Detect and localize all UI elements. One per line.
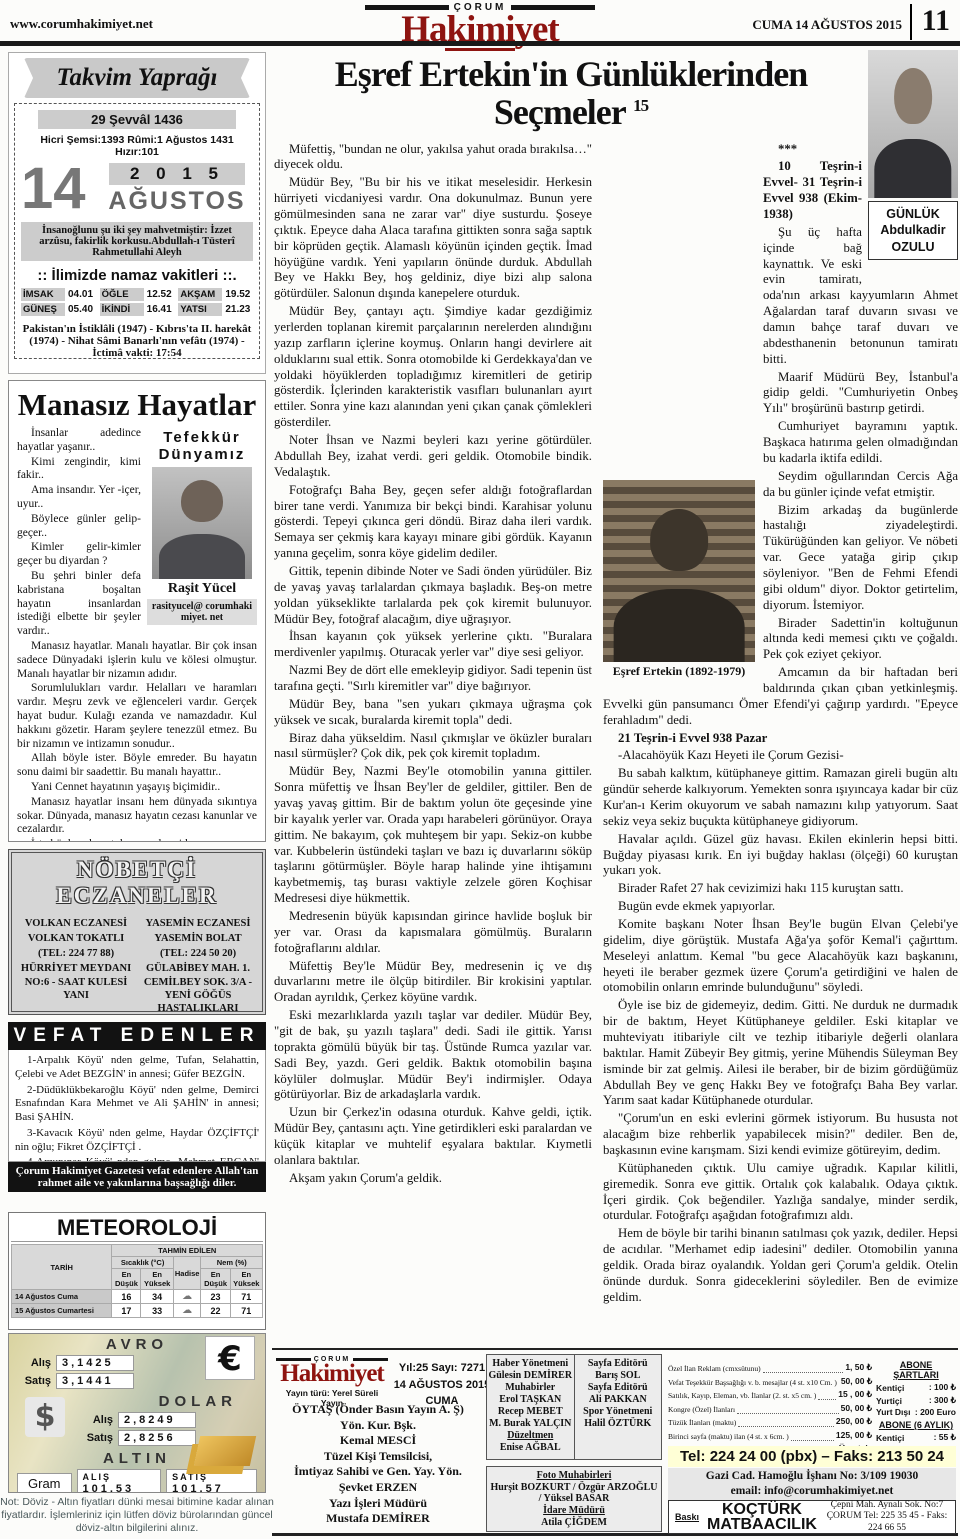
euro-sell-value: 3,1441 — [56, 1373, 134, 1389]
prayer-time: ÖĞLE12.52 — [100, 288, 175, 301]
printer-box: Baskı KOÇTÜRK MATBAACILIK Çepni Mah. Ayn… — [668, 1500, 956, 1534]
anniversary-note: Pakistan'ın İstiklâli (1947) - Kıbrıs'ta… — [21, 323, 253, 359]
euro-section: AVRO € Alış 3,1425 Satış 3,1441 — [9, 1334, 265, 1391]
publisher-line: ÖYTAŞ (Önder Basın Yayın A. Ş) — [272, 1402, 484, 1418]
subscription-row: Yurt Dışı: 200 Euro — [876, 1407, 956, 1417]
subscription-rates: Kentiçi: 100 ₺Yurtiçi: 300 ₺Yurt Dışı: 2… — [876, 1382, 956, 1417]
prayer-times-title: :: İlimizde namaz vakitleri ::. — [21, 267, 253, 284]
pharmacy-name: YASEMİN ECZANESİ — [140, 917, 256, 930]
printer-address: Çepni Mah. Aynalı Sok. No:7 ÇORUM Tel: 2… — [825, 1500, 949, 1534]
columnist-block: Tefekkür Dünyamız Raşit Yücel rasityucel… — [147, 429, 257, 625]
article-column-2: Eşref Ertekin (1892-1979) ***10 Teşrin-i… — [603, 142, 958, 1346]
gold-buy-label: ALIŞ — [83, 1472, 112, 1482]
publisher-line: Yazı İşleri Müdürü — [272, 1496, 484, 1512]
temp-max: 34 — [141, 1290, 173, 1304]
article-title-superscript: 15 — [633, 96, 648, 115]
column-paragraph: Yani Cennet hayatının yaşayış biçimidir.… — [17, 781, 257, 795]
euro-buy-value: 3,1425 — [56, 1355, 134, 1371]
pharmacy-tel: (TEL: 224 50 20) — [140, 947, 256, 960]
dollar-sell-value: 2,8256 — [118, 1430, 196, 1446]
photo-staff-box: Foto MuhabirleriHurşit BOZKURT / Özgür A… — [486, 1466, 662, 1532]
prayer-time: AKŞAM19.52 — [178, 288, 253, 301]
price-row: Vefat Teşekkür Başsağlığı v. b. mesajlar… — [668, 1376, 872, 1387]
article-paragraph: Gittik, tepenin dibinde Noter ve Sadi ön… — [274, 564, 592, 627]
sell-label: Satış — [17, 1375, 51, 1387]
column-body: Tefekkür Dünyamız Raşit Yücel rasityucel… — [17, 427, 257, 842]
article-paragraph: Müdür Bey, Nazmi Bey'le otomobilin yanın… — [274, 764, 592, 907]
price-row: Kongre (Özel) İlanları50, 00 ₺ — [668, 1403, 872, 1414]
year-month: 2 0 1 5 AĞUSTOS — [101, 163, 253, 216]
pharmacy-address: HÜRRİYET MEYDANI NO:6 - SAAT KULESİ YANI — [18, 962, 134, 1001]
publisher-line: Şevket ERZEN — [272, 1480, 484, 1496]
buy-label: Alış — [17, 1357, 51, 1369]
prayer-label: GÜNEŞ — [21, 303, 65, 316]
article-paragraph: Akşam yakın Çorum'a geldik. — [274, 1171, 592, 1187]
gold-bars-image — [194, 1436, 256, 1466]
article-paragraph: Biraz daha yükseldim. Nasıl çıkmışlar ve… — [274, 731, 592, 763]
article-paragraph: Medresenin büyük kapısından girince havl… — [274, 909, 592, 957]
prayer-time: GÜNEŞ05.40 — [21, 303, 96, 316]
obituaries-box: VEFAT EDENLER 1-Arpalık Köyü' nden gelme… — [8, 1022, 266, 1208]
weather-col-date: TARİH — [12, 1245, 112, 1290]
gram-label: Gram — [17, 1473, 72, 1494]
publisher-line: Tüzel Kişi Temsilcisi, — [272, 1449, 484, 1465]
columnist-photo — [868, 50, 958, 198]
issue-date: 14 AĞUSTOS 2015 — [392, 1377, 492, 1394]
publisher-line: Mustafa DEMİRER — [272, 1511, 484, 1527]
article-paragraph: Noter İhsan ve Nazmi beyleri kazı yerine… — [274, 433, 592, 481]
staff-line: Atila ÇİĞDEM — [488, 1517, 660, 1528]
article-columns: Müfettiş, "bundan ne olur, yakılsa yahut… — [274, 142, 958, 1346]
column-paragraph: İşte böylece hayat devam eder gider.. — [17, 838, 257, 842]
partly-cloudy-icon: ☁ — [182, 1291, 192, 1302]
subscription-row: Yurtiçi: 300 ₺ — [876, 1395, 956, 1406]
opinion-column-box: Manasız Hayatlar Tefekkür Dünyamız Raşit… — [8, 380, 266, 842]
prayer-label: İKİNDİ — [100, 303, 144, 316]
humidity-max: 71 — [230, 1304, 262, 1318]
weather-col-max: En Yüksek — [141, 1269, 173, 1290]
article-column-1: Müfettiş, "bundan ne olur, yakılsa yahut… — [274, 142, 592, 1346]
column-paragraph: Sorumlulukları vardır. Helalları ve hara… — [17, 682, 257, 751]
prayer-label: YATSI — [178, 303, 222, 316]
columnist-name: Abdulkadir OZULU — [870, 222, 956, 255]
humidity-min: 23 — [201, 1290, 230, 1304]
staff-line: Spor Yönetmeni — [576, 1406, 661, 1417]
article-paragraph: Eski mezarlıklarda yazılı taşlar var ded… — [274, 1008, 592, 1103]
article-paragraph: -Alacahöyük Kazı Heyeti ile Çorum Gezisi… — [603, 748, 958, 764]
weather-row: 14 Ağustos Cuma 16 34 ☁ 23 71 — [12, 1290, 263, 1304]
publisher-line: İmtiyaz Sahibi ve Gen. Yay. Yön. — [272, 1464, 484, 1480]
article-paragraph: Maarif Müdürü Bey, İstanbul'a gidip geld… — [603, 370, 958, 418]
weather-col-humidity: Nem (%) — [201, 1257, 263, 1269]
weather-box: METEOROLOJİ TARİH TAHMİN EDİLEN Sıcaklık… — [8, 1212, 266, 1330]
staff-line: Recep MEBET — [488, 1406, 573, 1417]
weather-col-min: En Düşük — [201, 1269, 230, 1290]
hijri-date: 29 Şevvâl 1436 — [38, 110, 235, 129]
column-name: Tefekkür Dünyamız — [147, 429, 257, 464]
subscription-row: Kentiçi: 100 ₺ — [876, 1382, 956, 1393]
columnist-email: rasityucel@ corumhakimiyet. net — [147, 599, 257, 625]
price-row: Birinci sayfa (maktu) ilan (4 st. x 6cm.… — [668, 1430, 872, 1441]
weather-date: 14 Ağustos Cuma — [12, 1290, 112, 1304]
staff-line: Barış SOL — [576, 1370, 661, 1381]
article-title: Eşref Ertekin'in Günlüklerinden Seçmeler… — [274, 56, 868, 132]
column-paragraph: Manasız hayatlar insanı hem dünyada sıkı… — [17, 796, 257, 837]
pharmacy-address: GÜLABİBEY MAH. 1. CEMİLBEY SOK. 3/A - YE… — [140, 962, 256, 1015]
gold-buy-value: 101,53 — [83, 1483, 135, 1493]
article-paragraph: Uzun bir Çerkez'in odasına oturduk. Kahv… — [274, 1105, 592, 1168]
calendar-meta: Hicri Şemsi:1393 Rûmi:1 Ağustos 1431 Hız… — [21, 134, 253, 158]
pharmacy-entry: YASEMİN ECZANESİ YASEMİN BOLAT (TEL: 224… — [140, 917, 256, 1015]
article-paragraph: Cumhuriyet bayramını yaptık. Başkaca hat… — [603, 419, 958, 467]
page-editors: Sayfa EditörüBarış SOLSayfa EditörüAli P… — [575, 1355, 662, 1459]
article-paragraph: Müdür Bey, "Bu bir his ve itikat meseles… — [274, 175, 592, 302]
phone-strip: Tel: 224 24 00 (pbx) – Faks: 213 50 24 — [668, 1446, 956, 1467]
condolence-note: Çorum Hakimiyet Gazetesi vefat edenlere … — [8, 1162, 266, 1192]
staff-line: Enise AĞBAL — [488, 1442, 573, 1453]
article-paragraph: Müdür Bey, çantayı açtı. Şimdiye kadar g… — [274, 304, 592, 431]
pharmacies-columns: VOLKAN ECZANESİ VOLKAN TOKATLI (TEL: 224… — [18, 917, 256, 1015]
month: AĞUSTOS — [101, 187, 253, 216]
article-title-text: Eşref Ertekin'in Günlüklerinden Seçmeler — [335, 54, 807, 132]
prayer-label: AKŞAM — [178, 288, 222, 301]
weather-row: 15 Ağustos Cumartesi 17 33 ☁ 22 71 — [12, 1304, 263, 1318]
pharmacy-entry: VOLKAN ECZANESİ VOLKAN TOKATLI (TEL: 224… — [18, 917, 134, 1015]
news-staff: Haber YönetmeniGülesin DEMİRERMuhabirler… — [487, 1355, 575, 1459]
price-row: Tüzük İlanları (maktu)250, 00 ₺ — [668, 1416, 872, 1427]
column-paragraph: Manasız hayatlar. Manalı hayatlar. Bir ç… — [17, 640, 257, 681]
article-paragraph: "Çorum'un en eski evlerini görmek istiyo… — [603, 1111, 958, 1159]
printer-label: Baskı — [675, 1512, 699, 1522]
newspaper-page: www.corumhakimiyet.net ÇORUM Hakimiyet C… — [0, 0, 960, 1539]
calendar-day-row: 14 2 0 1 5 AĞUSTOS — [21, 160, 253, 218]
prayer-time: YATSI21.23 — [178, 303, 253, 316]
calendar-inner: 29 Şevvâl 1436 Hicri Şemsi:1393 Rûmi:1 A… — [14, 103, 260, 359]
humidity-min: 22 — [201, 1304, 230, 1318]
column-title: Manasız Hayatlar — [17, 387, 257, 423]
obituaries-title: VEFAT EDENLER — [8, 1022, 266, 1050]
gold-sell-value: 101,57 — [172, 1483, 224, 1493]
publisher-line: Yön. Kur. Bşk. — [272, 1418, 484, 1434]
columnist-photo — [152, 467, 252, 579]
calendar-leaf-box: Takvim Yaprağı 29 Şevvâl 1436 Hicri Şems… — [8, 52, 266, 374]
staff-line: Hurşit BOZKURT / Özgür ARZOĞLU / Yüksel … — [488, 1482, 660, 1504]
staff-line: Sayfa Editörü — [576, 1382, 661, 1393]
prayer-time: İMSAK04.01 — [21, 288, 96, 301]
staff-line: Ali PAKKAN — [576, 1394, 661, 1405]
publisher-line: Kemal MESCİ — [272, 1433, 484, 1449]
issue-date: CUMA 14 AĞUSTOS 2015 — [752, 17, 902, 33]
price-row: Özel İlan Reklam (cmxsütunu)1, 50 ₺ — [668, 1362, 872, 1373]
prayer-time: İKİNDİ16.41 — [100, 303, 175, 316]
staff-box: Haber YönetmeniGülesin DEMİRERMuhabirler… — [486, 1354, 662, 1460]
staff-line: Düzeltmen — [488, 1430, 573, 1441]
gold-section: ALTIN Gram ALIŞ 101,53 SATIŞ 101,57 — [9, 1448, 265, 1493]
article-paragraph: Kütüphaneden çıktık. Ulu camiye uğradık.… — [603, 1161, 958, 1224]
site-url: www.corumhakimiyet.net — [10, 16, 153, 32]
main-article: GÜNLÜK Abdulkadir OZULU Eşref Ertekin'in… — [274, 50, 958, 1346]
staff-line: Muhabirler — [488, 1382, 573, 1393]
weather-title: METEOROLOJİ — [11, 1215, 263, 1242]
pharmacist-name: YASEMİN BOLAT — [140, 932, 256, 945]
column-paragraph: Allah böyle ister. Böyle emreder. Bu hay… — [17, 752, 257, 780]
temp-min: 17 — [112, 1304, 141, 1318]
prayer-label: ÖĞLE — [100, 288, 144, 301]
article-paragraph: Müdür Bey, bana "sen yukarı çıkmaya uğra… — [274, 697, 592, 729]
humidity-max: 71 — [230, 1290, 262, 1304]
staff-line: Sayfa Editörü — [576, 1358, 661, 1369]
article-paragraph: Bugün evde ekmek yapıyorlar. — [603, 899, 958, 915]
header-rule — [0, 41, 960, 46]
article-photo-block: Eşref Ertekin (1892-1979) — [603, 480, 755, 679]
dollar-icon: $ — [25, 1397, 65, 1437]
currency-box: AVRO € Alış 3,1425 Satış 3,1441 $ DOLAR … — [8, 1333, 266, 1493]
obituary-entry: 1-Arpalık Köyü' nden gelme, Tufan, Selah… — [15, 1054, 259, 1082]
ad-price-list: Özel İlan Reklam (cmxsütunu)1, 50 ₺Vefat… — [668, 1362, 872, 1456]
prayer-value: 04.01 — [68, 289, 93, 300]
weather-col-max: En Yüksek — [230, 1269, 262, 1290]
article-paragraph: Bu sabah kalktım, kütüphaneye gittim. Ra… — [603, 766, 958, 829]
temp-max: 33 — [141, 1304, 173, 1318]
pharmacy-name: VOLKAN ECZANESİ — [18, 917, 134, 930]
subscription-row: Kentiçi: 55 ₺ — [876, 1432, 956, 1443]
article-paragraph: Öyle ise biz de gidemeyiz, dedim. Gitti.… — [603, 998, 958, 1109]
dollar-buy-value: 2,8249 — [118, 1412, 196, 1428]
staff-line: Gülesin DEMİRER — [488, 1370, 573, 1381]
issue-number: Yıl:25 Sayı: 7271 — [392, 1360, 492, 1377]
daily-quote: İnsanoğlunu şu iki şey mahvetmiştir: İzz… — [21, 222, 253, 261]
weather-col-condition: Hadise — [173, 1257, 201, 1290]
article-paragraph: Hem de böyle bir tarihi binanın satılmas… — [603, 1226, 958, 1305]
article-paragraph: Müfettiş Bey'le Müdür Bey, medresenin iç… — [274, 959, 592, 1007]
logo-wordmark: Hakimiyet — [276, 1363, 388, 1386]
weather-table: TARİH TAHMİN EDİLEN Sıcaklık (°C) Hadise… — [11, 1244, 263, 1318]
temp-min: 16 — [112, 1290, 141, 1304]
weather-col-temp: Sıcaklık (°C) — [112, 1257, 173, 1269]
prayer-label: İMSAK — [21, 288, 65, 301]
partly-cloudy-icon: ☁ — [182, 1305, 192, 1316]
obituaries-list: 1-Arpalık Köyü' nden gelme, Tufan, Selah… — [8, 1050, 266, 1162]
currency-note: Not: Döviz - Altın fiyatları dünki mesai… — [0, 1496, 274, 1535]
columnist-name: Raşit Yücel — [147, 581, 257, 597]
pharmacies-on-duty-box: NÖBETÇİ ECZANELER VOLKAN ECZANESİ VOLKAN… — [8, 849, 266, 1015]
article-paragraph: Nazmi Bey de dört elle emekleyip gidiyor… — [274, 663, 592, 695]
staff-line: Haber Yönetmeni — [488, 1358, 573, 1369]
euro-icon: € — [205, 1336, 255, 1380]
staff-line: Halil ÖZTÜRK — [576, 1418, 661, 1429]
masthead-logo: ÇORUM Hakimiyet Yayın türü: Yerel Süreli… — [276, 1356, 388, 1408]
columnist-sidebar: GÜNLÜK Abdulkadir OZULU — [868, 50, 958, 260]
subscription-6month-title: ABONE (6 AYLIK) — [876, 1420, 956, 1430]
dollar-buy-row: Alış 2,8249 — [79, 1412, 257, 1428]
prayer-value: 16.41 — [147, 304, 172, 315]
staff-line: Foto Muhabirleri — [488, 1470, 660, 1481]
printer-name: KOÇTÜRK MATBAACILIK — [707, 1502, 817, 1532]
staff-line: İdare Müdürü — [488, 1505, 660, 1516]
price-row: Satılık, Kayıp, Eleman, vb. İlanlar (2. … — [668, 1389, 872, 1400]
article-paragraph: 21 Teşrin-i Evvel 938 Pazar — [603, 731, 958, 747]
pharmacies-title: NÖBETÇİ ECZANELER — [18, 857, 256, 909]
article-paragraph: Birader Rafet 27 hak cevizimizi hakı 115… — [603, 881, 958, 897]
day-number: 14 — [21, 160, 101, 218]
weather-date: 15 Ağustos Cumartesi — [12, 1304, 112, 1318]
photo-caption: Eşref Ertekin (1892-1979) — [603, 664, 755, 679]
columnist-label-box: GÜNLÜK Abdulkadir OZULU — [868, 201, 958, 260]
gold-sell-label: SATIŞ — [172, 1472, 208, 1482]
weather-col-min: En Düşük — [112, 1269, 141, 1290]
year: 2 0 1 5 — [109, 163, 245, 185]
calendar-ribbon: Takvim Yaprağı — [24, 58, 250, 98]
pharmacist-name: VOLKAN TOKATLI — [18, 932, 134, 945]
article-paragraph: Havalar açıldı. Güzel güz havası. Ekilen… — [603, 832, 958, 880]
staff-line: M. Burak YALÇIN — [488, 1418, 573, 1429]
buy-label: Alış — [79, 1414, 113, 1426]
sell-label: Satış — [79, 1432, 113, 1444]
obituary-entry: 3-Kavacık Köyü' nden gelme, Haydar ÖZÇİF… — [15, 1127, 259, 1155]
obituary-entry: 2-Düdüklükbekaroğlu Köyü' nden gelme, De… — [15, 1084, 259, 1125]
article-paragraph: Komite başkanı Noter İhsan Bey'le bugün … — [603, 917, 958, 996]
article-paragraph: Fotoğrafçı Baha Bey, geçen sefer aldığı … — [274, 483, 592, 562]
subscription-title: ABONE ŞARTLARI — [876, 1360, 956, 1380]
prayer-value: 21.23 — [225, 304, 250, 315]
column-label: GÜNLÜK — [870, 206, 956, 222]
prayer-value: 05.40 — [68, 304, 93, 315]
prayer-value: 12.52 — [147, 289, 172, 300]
ertekin-photo — [603, 480, 755, 662]
page-number: 11 — [910, 4, 950, 40]
street-address: Gazi Cad. Hamoğlu İşhanı No: 3/109 19030 — [668, 1469, 956, 1484]
gold-row: Gram ALIŞ 101,53 SATIŞ 101,57 — [17, 1469, 257, 1493]
pharmacy-tel: (TEL: 224 77 88) — [18, 947, 134, 960]
article-paragraph: İhsan kayanın çok yüksek yerlerine çıktı… — [274, 629, 592, 661]
article-paragraph: Müfettiş, "bundan ne olur, yakılsa yahut… — [274, 142, 592, 174]
weather-col-forecast: TAHMİN EDİLEN — [112, 1245, 263, 1257]
masthead: ÇORUM Hakimiyet Yayın türü: Yerel Süreli… — [272, 1348, 958, 1536]
prayer-times-grid: İMSAK04.01 GÜNEŞ05.40 ÖĞLE12.52 İKİNDİ16… — [21, 288, 253, 316]
publisher-block: ÖYTAŞ (Önder Basın Yayın A. Ş)Yön. Kur. … — [272, 1402, 484, 1527]
prayer-value: 19.52 — [225, 289, 250, 300]
staff-line: Erol TAŞKAN — [488, 1394, 573, 1405]
